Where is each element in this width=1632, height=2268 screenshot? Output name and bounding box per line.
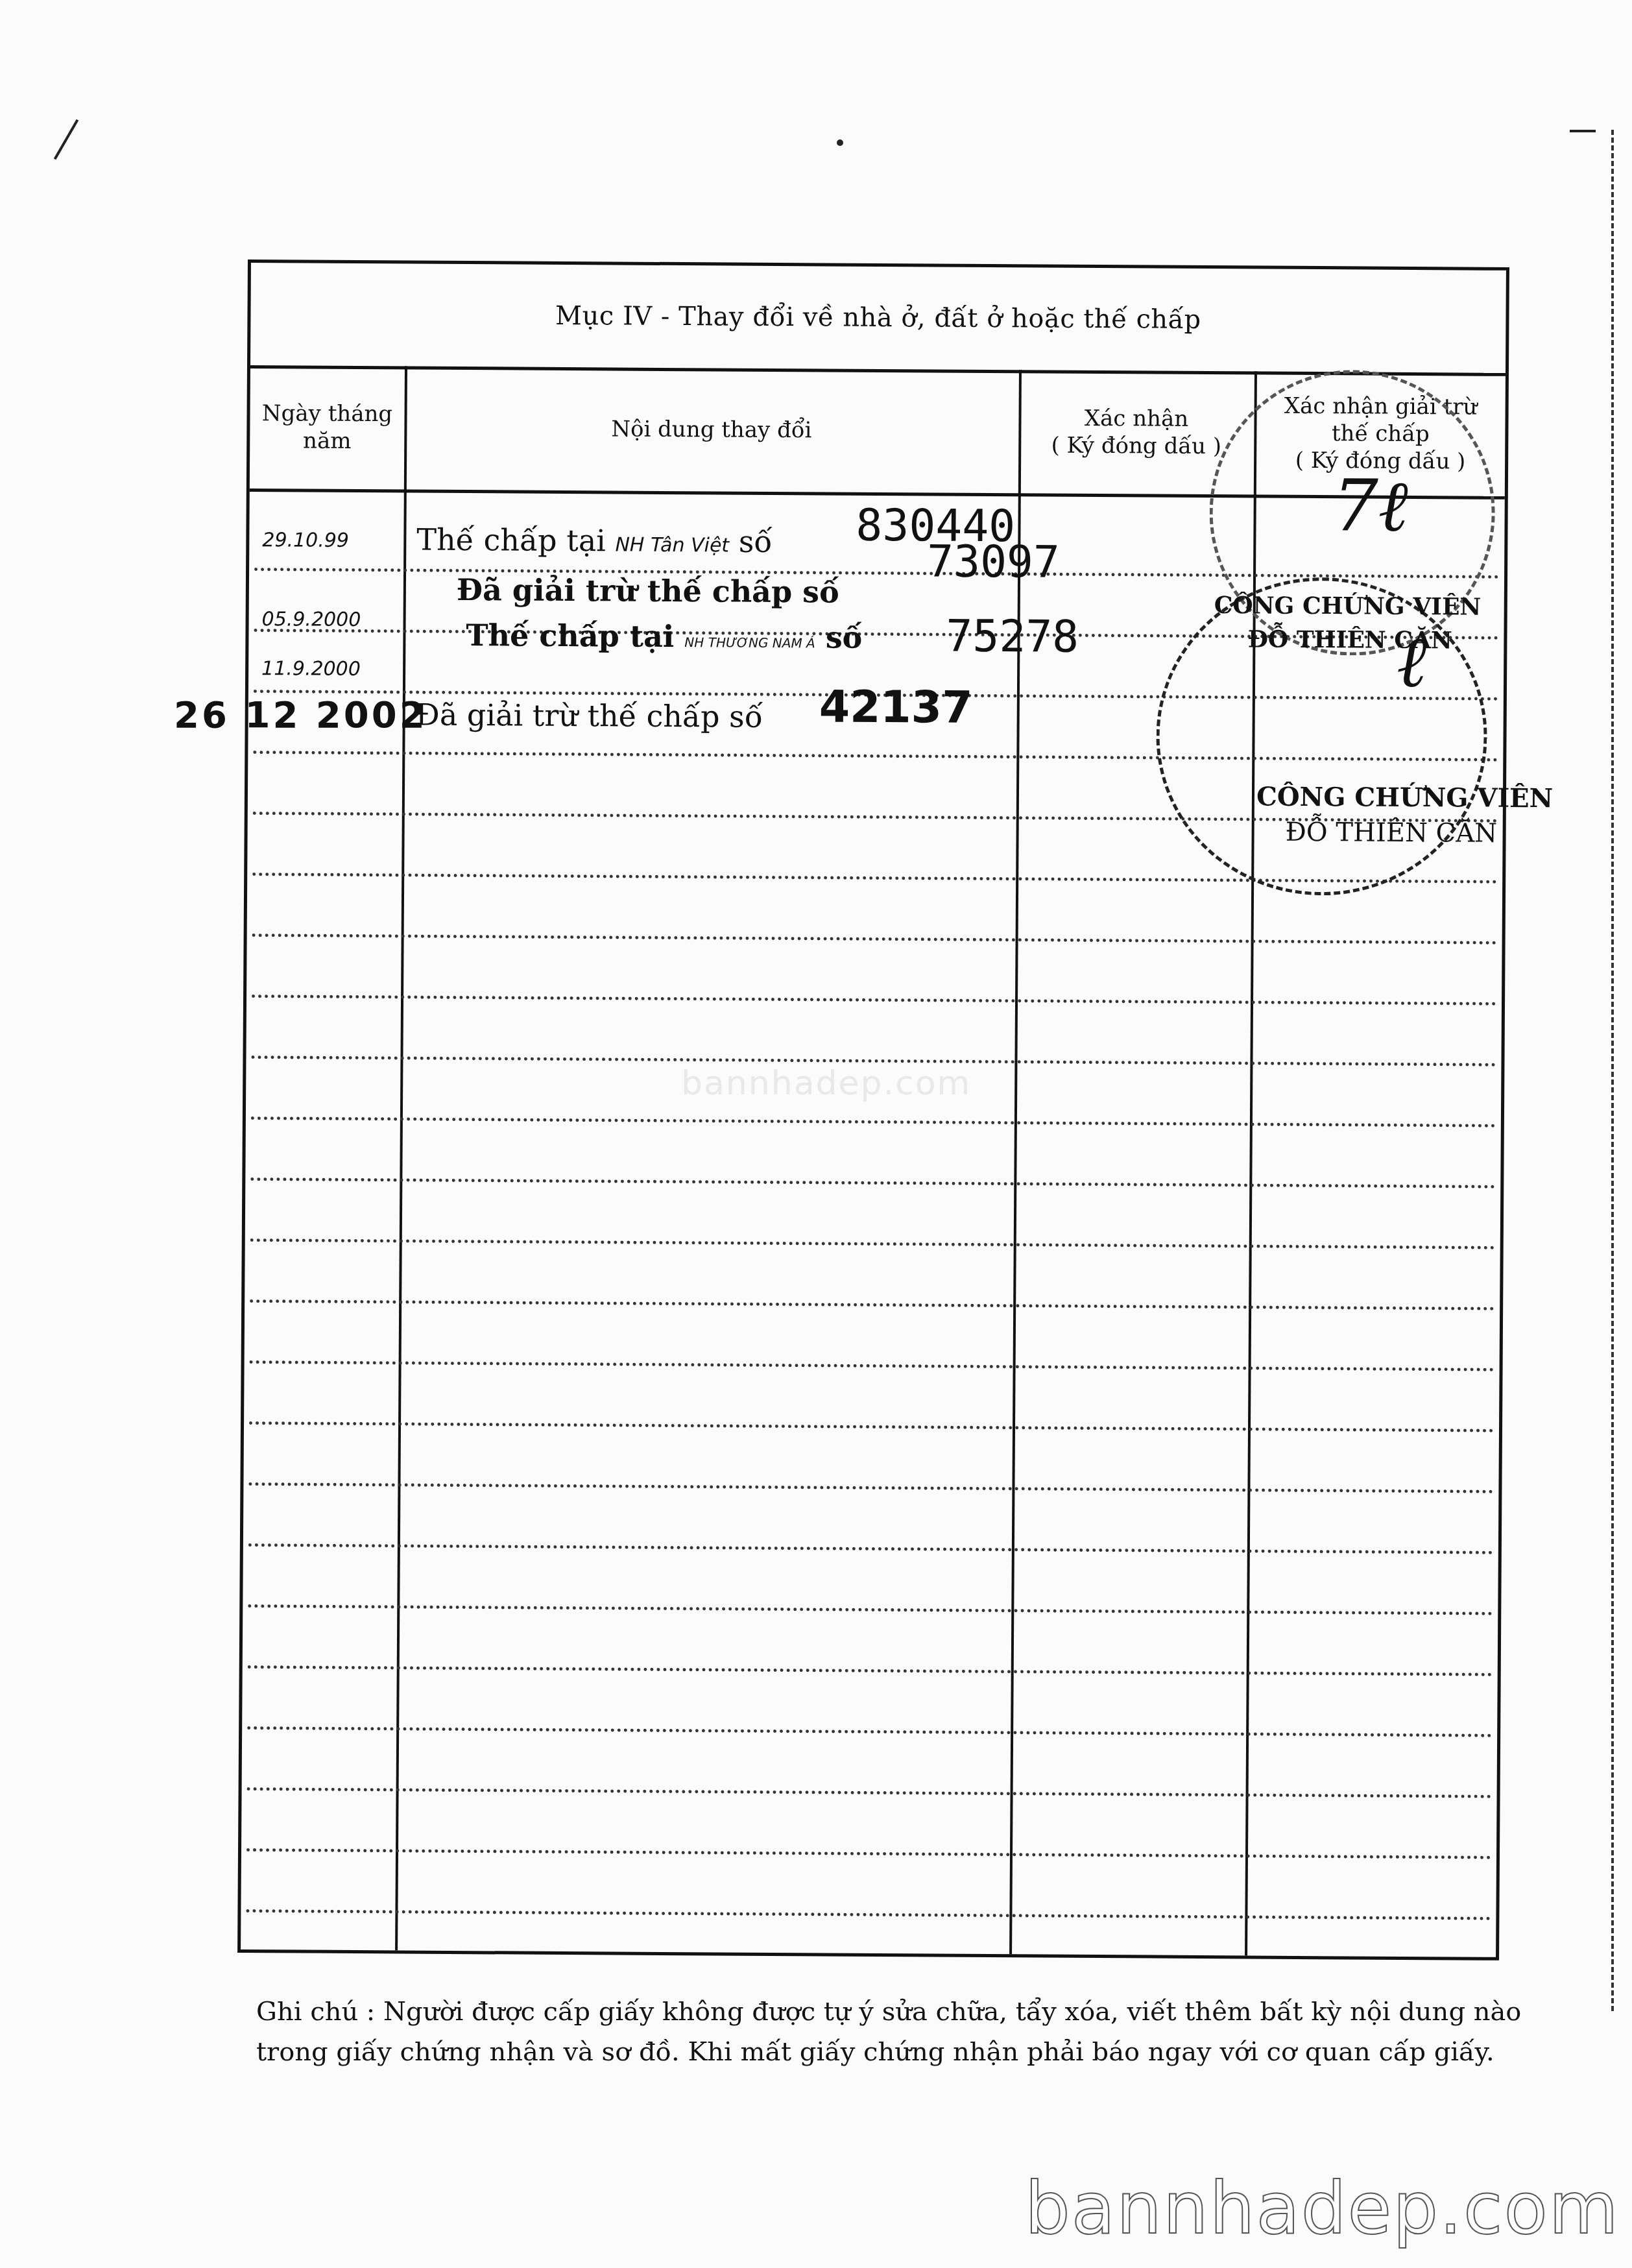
entry-content: Đã giải trừ thế chấp số <box>457 572 839 610</box>
entry-prefix: Thế chấp tại <box>466 618 674 654</box>
entry-number: 75278 <box>946 611 1079 663</box>
dotted-row-line <box>252 934 1497 945</box>
scan-mark <box>54 119 78 160</box>
dotted-row-line <box>248 1482 1493 1493</box>
header-label: năm <box>262 427 393 455</box>
entry-bank: NH THƯƠNG NAM Á <box>684 634 815 651</box>
entry-date: 11.9.2000 <box>261 657 361 681</box>
section-title: Mục IV - Thay đổi về nhà ở, đất ở hoặc t… <box>250 263 1506 376</box>
header-label: Nội dung thay đổi <box>611 415 812 444</box>
stamp-title: CÔNG CHỨNG VIÊN <box>1214 592 1482 621</box>
stamp-title: CÔNG CHỨNG VIÊN <box>1256 782 1554 814</box>
entry-bank: NH Tân Việt <box>615 533 729 557</box>
entry-date: 05.9.2000 <box>262 608 361 631</box>
stamp-name: ĐỖ THIÊN CĂN <box>1285 817 1497 849</box>
entry-so: số <box>826 620 863 655</box>
entry-so: số <box>739 524 773 559</box>
header-date: Ngày thángnăm <box>250 365 405 489</box>
dotted-row-line <box>246 1848 1491 1859</box>
column-divider <box>1009 370 1022 1954</box>
entry-number: 42137 <box>819 681 973 733</box>
dotted-row-line <box>247 1787 1492 1798</box>
entry-number-overwrite: 73097 <box>927 536 1060 588</box>
column-divider <box>395 366 407 1950</box>
dotted-row-line <box>248 1604 1493 1615</box>
dotted-row-line <box>248 1665 1493 1676</box>
signature: 7ℓ <box>1332 464 1408 548</box>
entry-content: Đã giải trừ thế chấp số <box>416 697 763 734</box>
dotted-row-line <box>252 995 1496 1006</box>
changes-table: Mục IV - Thay đổi về nhà ở, đất ở hoặc t… <box>237 259 1509 1960</box>
header-label: Ngày tháng <box>262 400 393 428</box>
dotted-row-line <box>248 1543 1493 1554</box>
header-content: Nội dung thay đổi <box>404 366 1019 493</box>
stamped-date: 26 12 2002 <box>174 694 427 736</box>
scan-mark <box>837 139 843 146</box>
entry-content: Thế chấp tại NH Tân Việt số <box>416 522 773 559</box>
dotted-row-line <box>250 1299 1494 1310</box>
dotted-row-line <box>251 1116 1496 1128</box>
dotted-row-line <box>247 1726 1492 1737</box>
entry-content: Thế chấp tại NH THƯƠNG NAM Á số <box>466 618 862 655</box>
dotted-row-line <box>246 1909 1491 1920</box>
footnote: Ghi chú : Người được cấp giấy không được… <box>256 1992 1547 2072</box>
entry-date: 29.10.99 <box>262 529 349 552</box>
entry-prefix: Thế chấp tại <box>416 522 606 559</box>
watermark: bannhadep.com <box>1025 2167 1620 2250</box>
dotted-row-line <box>250 1360 1494 1371</box>
watermark-faint: bannhadep.com <box>681 1064 971 1103</box>
dotted-row-line <box>249 1421 1494 1432</box>
page-edge <box>1609 130 1614 2011</box>
header-label: ( Ký đóng dấu ) <box>1051 432 1221 461</box>
dotted-row-line <box>250 1238 1495 1249</box>
dotted-row-line <box>250 1177 1495 1188</box>
scanned-page: Mục IV - Thay đổi về nhà ở, đất ở hoặc t… <box>0 0 1632 2268</box>
header-label: Xác nhận <box>1051 405 1222 433</box>
notary-seal <box>1155 577 1488 897</box>
signature: ℓ <box>1397 620 1427 704</box>
scan-mark <box>1570 130 1596 132</box>
